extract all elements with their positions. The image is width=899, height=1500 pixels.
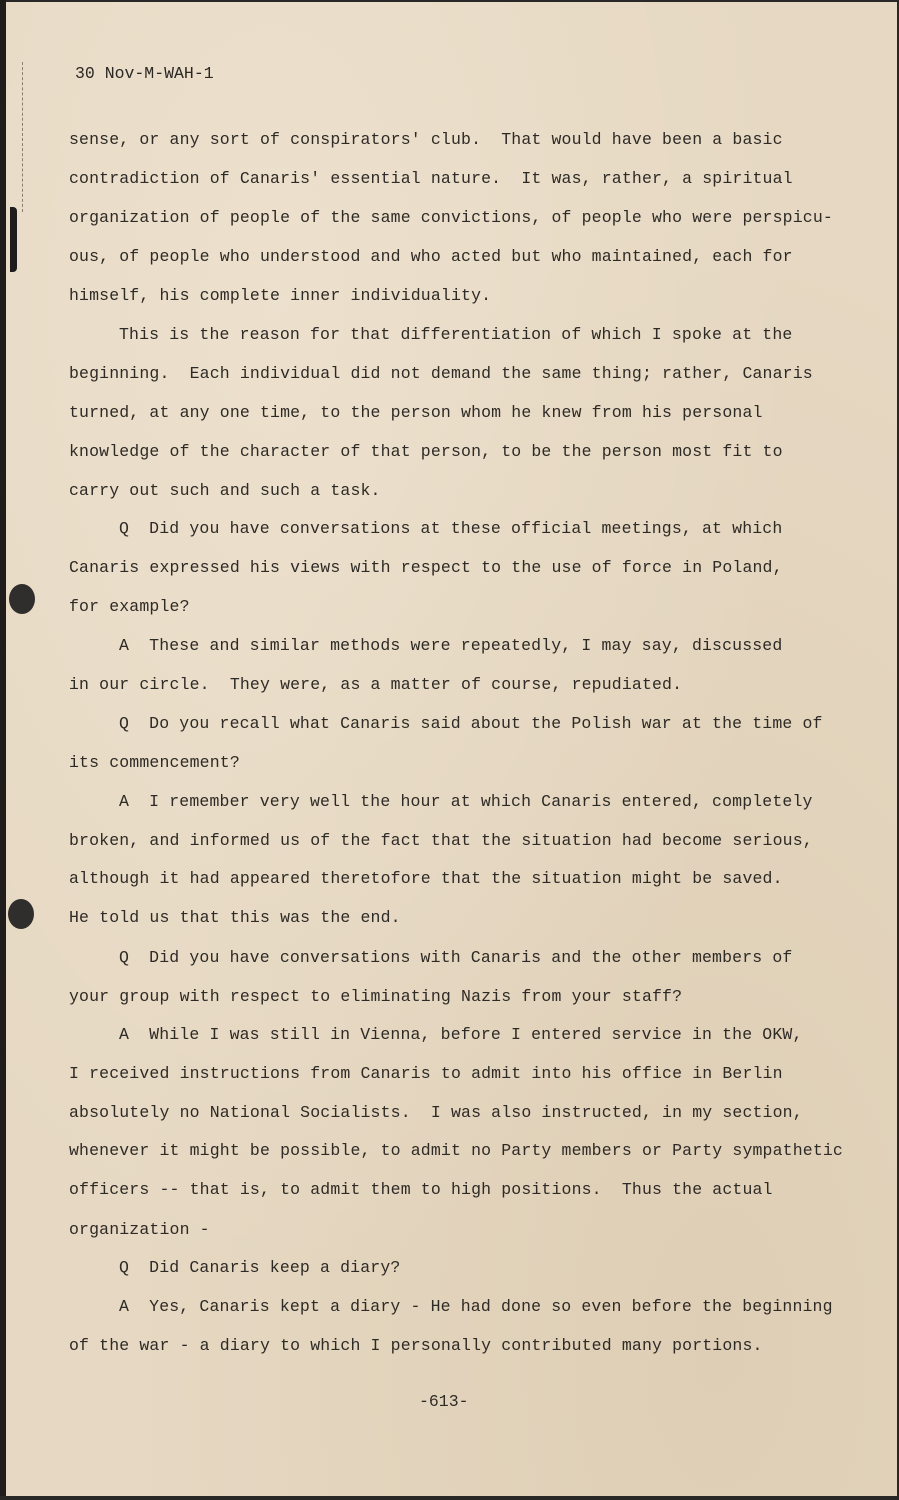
text-line: A I remember very well the hour at which… <box>119 792 813 811</box>
paper-tear-line <box>14 62 23 212</box>
text-line: organization of people of the same convi… <box>69 208 833 227</box>
document-header-id: 30 Nov-M-WAH-1 <box>75 64 214 83</box>
text-line: beginning. Each individual did not deman… <box>69 364 813 383</box>
text-line: A Yes, Canaris kept a diary - He had don… <box>119 1297 833 1316</box>
text-line: ous, of people who understood and who ac… <box>69 247 793 266</box>
text-line: of the war - a diary to which I personal… <box>69 1336 763 1355</box>
text-line: contradiction of Canaris' essential natu… <box>69 169 793 188</box>
text-line: This is the reason for that differentiat… <box>119 325 792 344</box>
text-line: carry out such and such a task. <box>69 481 381 500</box>
text-line: officers -- that is, to admit them to hi… <box>69 1180 773 1199</box>
punch-hole-icon <box>9 584 35 614</box>
paper-tear <box>10 207 17 272</box>
text-line: Q Did Canaris keep a diary? <box>119 1258 400 1277</box>
text-line: although it had appeared theretofore tha… <box>69 869 783 888</box>
text-line: for example? <box>69 597 190 616</box>
text-line: knowledge of the character of that perso… <box>69 442 783 461</box>
text-line: whenever it might be possible, to admit … <box>69 1141 843 1160</box>
document-page: 30 Nov-M-WAH-1 sense, or any sort of con… <box>6 2 897 1496</box>
text-line: A These and similar methods were repeate… <box>119 636 782 655</box>
text-line: Q Did you have conversations with Canari… <box>119 948 792 967</box>
page-number: -613- <box>419 1392 469 1411</box>
text-line: sense, or any sort of conspirators' club… <box>69 130 783 149</box>
text-line: its commencement? <box>69 753 240 772</box>
text-line: Canaris expressed his views with respect… <box>69 558 783 577</box>
text-line: A While I was still in Vienna, before I … <box>119 1025 803 1044</box>
text-line: turned, at any one time, to the person w… <box>69 403 763 422</box>
text-line: absolutely no National Socialists. I was… <box>69 1103 803 1122</box>
text-line: your group with respect to eliminating N… <box>69 987 682 1006</box>
text-line: himself, his complete inner individualit… <box>69 286 491 305</box>
text-line: Q Did you have conversations at these of… <box>119 519 782 538</box>
text-line: broken, and informed us of the fact that… <box>69 831 813 850</box>
punch-hole-icon <box>8 899 34 929</box>
text-line: He told us that this was the end. <box>69 908 401 927</box>
bottom-edge <box>0 1496 899 1500</box>
text-line: organization - <box>69 1220 210 1239</box>
text-line: I received instructions from Canaris to … <box>69 1064 783 1083</box>
text-line: Q Do you recall what Canaris said about … <box>119 714 823 733</box>
text-line: in our circle. They were, as a matter of… <box>69 675 682 694</box>
